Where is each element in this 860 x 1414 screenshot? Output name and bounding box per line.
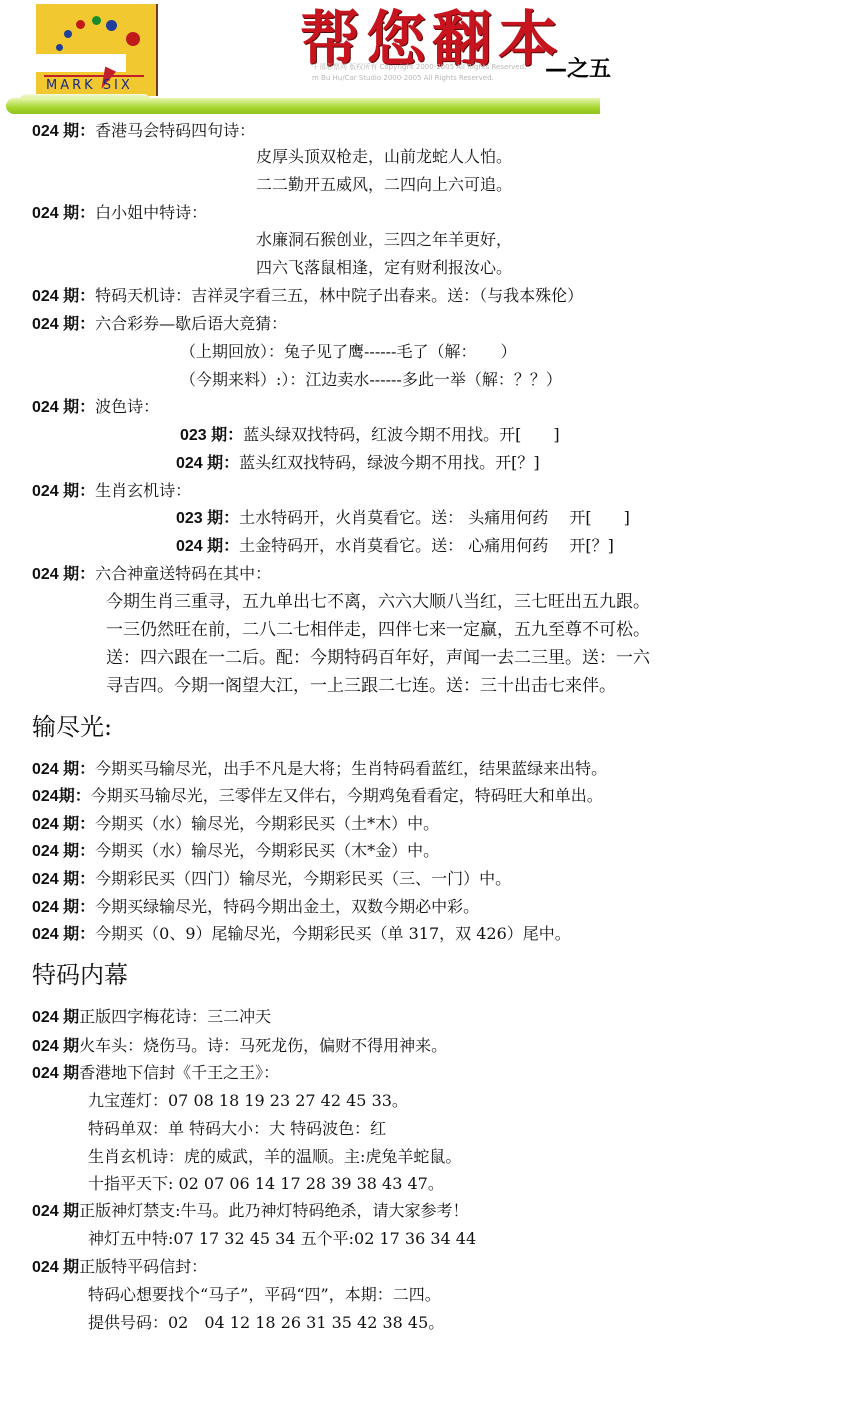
item-text: 今期买绿输尽光，特码今期出金土，双数今期必中彩。 [95,897,479,916]
list-item: 024 期：生肖玄机诗： [32,480,191,503]
item-text: 提供号码：02 04 12 18 26 31 35 42 38 45。 [88,1313,444,1332]
list-item: 024 期正版四字梅花诗：三二冲天 [32,1006,271,1029]
item-text: 送：四六跟在一二后。配：今期特码百年好，声闻一去二三里。送：一六 [106,648,650,668]
period-label: 024 期： [32,926,95,943]
period-label: 024 期： [32,205,95,222]
item-text: 正版特平码信封： [79,1257,207,1276]
item-text: 寻吉四。今期一阁望大江，一上三跟二七连。送：三十出击七来伴。 [106,676,616,696]
item-text: 土金特码开，水肖莫看它。送： 心痛用何药 开[？] [239,536,614,555]
item-text: 水廉洞石猴创业，三四之年羊更好， [256,230,512,249]
list-item: 九宝莲灯：07 08 18 19 23 27 42 45 33。 [88,1090,408,1112]
list-item: 023 期：土水特码开，火肖莫看它。送： 头痛用何药 开[ ] [176,507,630,530]
item-text: 火车头：烧伤马。诗：马死龙伤，偏财不得用神来。 [79,1036,447,1055]
list-item: 024 期：波色诗： [32,396,159,419]
list-item: 024 期：六合神童送特码在其中： [32,563,271,586]
list-item: （上期回放）：兔子见了鹰------毛了（解： ） [180,341,516,363]
period-label: 024 期 [32,1065,79,1082]
list-item: 024 期：香港马会特码四句诗： [32,120,255,143]
ball-icon [106,20,117,31]
item-text: （今期来料）:）：江边卖水------多此一举（解：？？） [180,370,562,389]
item-text: 今期买马输尽光，三零伴左又伴右，今期鸡兔看看定，特码旺大和单出。 [91,786,603,805]
logo-text: MARK SIX [46,78,133,93]
item-text: 六合彩券—歇后语大竞猜： [95,314,287,333]
period-label: 024期： [32,788,91,805]
item-text: 二二勤开五威风，二四向上六可追。 [256,175,512,194]
item-text: 四六飞落鼠相逢，定有财利报汝心。 [256,258,512,277]
item-text: 香港地下信封《千王之王》： [79,1063,279,1082]
item-text: 神灯五中特:07 17 32 45 34 五个平:02 17 36 34 44 [88,1229,476,1248]
list-item: 024 期：土金特码开，水肖莫看它。送： 心痛用何药 开[？] [176,535,614,558]
item-text: 白小姐中特诗： [95,203,207,222]
list-item: 生肖玄机诗：虎的威武，羊的温顺。主:虎兔羊蛇鼠。 [88,1146,461,1168]
period-label: 024 期： [32,761,95,778]
item-text: 六合神童送特码在其中： [95,564,271,583]
period-label: 024 期： [32,899,95,916]
period-label: 024 期： [176,538,239,555]
list-item: 特码心想要找个“马子”，平码“四”，本期：二四。 [88,1284,441,1306]
item-text: 土水特码开，火肖莫看它。送： 头痛用何药 开[ ] [239,508,630,527]
list-item: 024期：今期买马输尽光，三零伴左又伴右，今期鸡兔看看定，特码旺大和单出。 [32,785,603,808]
list-item: 十指平天下: 02 07 06 14 17 28 39 38 43 47。 [88,1173,444,1195]
list-item: 水廉洞石猴创业，三四之年羊更好， [256,229,512,251]
list-item: 四六飞落鼠相逢，定有财利报汝心。 [256,257,512,279]
copyright-text: 千禧彩票网 版权所有 Copyright 2000-2005 All Right… [312,62,526,84]
item-text: 一三仍然旺在前，二八二七相伴走，四伴七来一定赢，五九至尊不可松。 [106,620,650,640]
item-text: 今期买马输尽光，出手不凡是大将；生肖特码看蓝红，结果蓝绿来出特。 [95,759,607,778]
list-item: 024 期：特码天机诗：吉祥灵字看三五，林中院子出春来。送：（与我本殊伦） [32,285,583,308]
list-item: 提供号码：02 04 12 18 26 31 35 42 38 45。 [88,1312,444,1334]
ball-icon [92,16,101,25]
ball-icon [64,30,72,38]
list-item: 024 期：今期彩民买（四门）输尽光，今期彩民买（三、一门）中。 [32,868,511,891]
list-item: 024 期火车头：烧伤马。诗：马死龙伤，偏财不得用神来。 [32,1035,447,1058]
item-text: 蓝头红双找特码，绿波今期不用找。开[？] [239,453,540,472]
item-text: 今期彩民买（四门）输尽光，今期彩民买（三、一门）中。 [95,869,511,888]
item-text: 生肖玄机诗：虎的威武，羊的温顺。主:虎兔羊蛇鼠。 [88,1147,461,1166]
period-label: 023 期： [180,427,243,444]
ball-icon [126,32,140,46]
period-label: 024 期： [32,566,95,583]
list-item: 024 期：六合彩券—歇后语大竞猜： [32,313,287,336]
period-label: 024 期 [32,1259,79,1276]
list-item: 024 期正版神灯禁支:牛马。此乃神灯特码绝杀，请大家参考！ [32,1200,469,1223]
item-text: 正版四字梅花诗：三二冲天 [79,1007,271,1026]
copyright-line: m Bu Hu/Car Studio 2000-2005 All Rights … [312,73,526,84]
list-item: 二二勤开五威风，二四向上六可追。 [256,174,512,196]
list-item: 024 期香港地下信封《千王之王》： [32,1062,279,1085]
mark-six-logo: MARK SIX [36,4,158,96]
period-label: 024 期： [32,288,95,305]
item-text: 十指平天下: 02 07 06 14 17 28 39 38 43 47。 [88,1174,444,1193]
period-label: 024 期 [32,1038,79,1055]
item-text: 香港马会特码四句诗： [95,121,255,140]
list-item: 024 期正版特平码信封： [32,1256,207,1279]
item-text: 正版神灯禁支:牛马。此乃神灯特码绝杀，请大家参考！ [79,1201,468,1220]
period-label: 024 期 [32,1203,79,1220]
item-text: 特码单双：单 特码大小：大 特码波色：红 [88,1119,386,1138]
list-item: 送：四六跟在一二后。配：今期特码百年好，声闻一去二三里。送：一六 [106,647,650,669]
logo-divider [44,75,144,77]
period-label: 024 期： [32,816,95,833]
period-label: 024 期： [32,871,95,888]
list-item: 今期生肖三重寻，五九单出七不离，六六大顺八当红，三七旺出五九跟。 [106,591,650,613]
item-text: 今期买（0、9）尾输尽光，今期彩民买（单 317，双 426）尾中。 [95,924,571,943]
period-label: 024 期： [32,316,95,333]
period-label: 024 期： [32,399,95,416]
item-text: 蓝头绿双找特码，红波今期不用找。开[ ] [243,425,560,444]
item-text: 波色诗： [95,397,159,416]
ball-icon [56,44,63,51]
item-text: 特码天机诗：吉祥灵字看三五，林中院子出春来。送：（与我本殊伦） [95,286,583,305]
list-item: 一三仍然旺在前，二八二七相伴走，四伴七来一定赢，五九至尊不可松。 [106,619,650,641]
item-text: 皮厚头顶双枪走，山前龙蛇人人怕。 [256,147,512,166]
list-item: 特码单双：单 特码大小：大 特码波色：红 [88,1118,386,1140]
page-header: MARK SIX 帮您翻本 —之五 千禧彩票网 版权所有 Copyright 2… [0,0,860,118]
copyright-line: 千禧彩票网 版权所有 Copyright 2000-2005 All Right… [312,62,526,73]
item-text: 九宝莲灯：07 08 18 19 23 27 42 45 33。 [88,1091,408,1110]
ball-icon [76,20,85,29]
list-item: 024 期：今期买（0、9）尾输尽光，今期彩民买（单 317，双 426）尾中。 [32,923,571,946]
item-text: 生肖玄机诗： [95,481,191,500]
list-item: 皮厚头顶双枪走，山前龙蛇人人怕。 [256,146,512,168]
period-label: 024 期： [32,843,95,860]
list-item: 024 期：蓝头红双找特码，绿波今期不用找。开[？] [176,452,540,475]
list-item: 023 期：蓝头绿双找特码，红波今期不用找。开[ ] [180,424,560,447]
page-subtitle: —之五 [545,52,611,83]
period-label: 024 期 [32,1009,79,1026]
item-text: （上期回放）：兔子见了鹰------毛了（解： ） [180,342,516,361]
list-item: （今期来料）:）：江边卖水------多此一举（解：？？） [180,369,562,391]
list-item: 024 期：今期买马输尽光，出手不凡是大将；生肖特码看蓝红，结果蓝绿来出特。 [32,758,607,781]
section-heading: 特码内幕 [32,960,128,990]
list-item: 寻吉四。今期一阁望大江，一上三跟二七连。送：三十出击七来伴。 [106,675,616,697]
item-text: 今期生肖三重寻，五九单出七不离，六六大顺八当红，三七旺出五九跟。 [106,592,650,612]
section-heading: 输尽光: [32,712,112,742]
item-text: 今期买（水）输尽光，今期彩民买（土*木）中。 [95,814,439,833]
list-item: 024 期：今期买（水）输尽光，今期彩民买（土*木）中。 [32,813,439,836]
item-text: 今期买（水）输尽光，今期彩民买（木*金）中。 [95,841,439,860]
list-item: 神灯五中特:07 17 32 45 34 五个平:02 17 36 34 44 [88,1228,476,1250]
period-label: 023 期： [176,510,239,527]
period-label: 024 期： [176,455,239,472]
period-label: 024 期： [32,123,95,140]
list-item: 024 期：白小姐中特诗： [32,202,207,225]
period-label: 024 期： [32,483,95,500]
list-item: 024 期：今期买（水）输尽光，今期彩民买（木*金）中。 [32,840,439,863]
header-green-bar [6,98,600,114]
item-text: 特码心想要找个“马子”，平码“四”，本期：二四。 [88,1285,441,1304]
list-item: 024 期：今期买绿输尽光，特码今期出金土，双数今期必中彩。 [32,896,479,919]
